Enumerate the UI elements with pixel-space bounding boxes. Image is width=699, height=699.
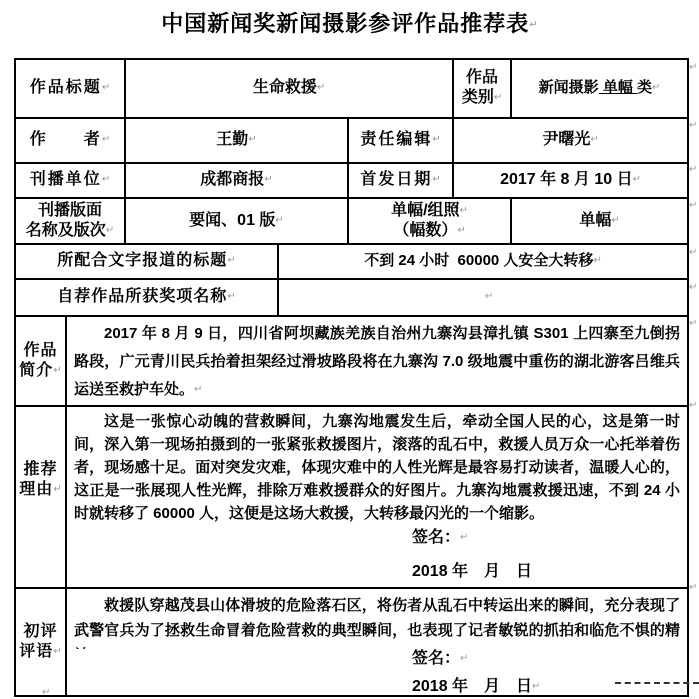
publish-date-label-cell: 首发日期↵ (348, 163, 453, 198)
paragraph-mark: ↵ (432, 174, 440, 185)
story-title-label-cell: 所配合文字报道的标题↵ (15, 244, 278, 279)
paragraph-mark: ↵ (432, 134, 440, 145)
author-value-cell: 王勤↵ (125, 118, 348, 163)
page-info-value-cell: 要闻、01 版↵ (125, 198, 348, 244)
row-reason: 推荐 理由↵ 这是一张惊心动魄的营救瞬间，九寨沟地震发生后，牵动全国人民的心，这… (15, 406, 688, 588)
author-label: 作 者 (30, 132, 102, 149)
paragraph-mark: ↵ (53, 365, 61, 376)
row-publisher: 刊播单位↵ 成都商报↵ 首发日期↵ 2017 年 8 月 10 日↵ (15, 163, 688, 198)
paragraph-mark: ↵ (652, 83, 660, 94)
paragraph-mark: ↵ (102, 82, 110, 93)
row-end-mark: ↵ (689, 247, 697, 258)
paragraph-mark: ↵ (532, 681, 540, 692)
review-content-cell: 救援队穿越茂县山体滑坡的危险落石区，将伤者从乱石中转运出来的瞬间，充分表现了武警… (66, 588, 688, 696)
review-text: 救援队穿越茂县山体滑坡的危险落石区，将伤者从乱石中转运出来的瞬间，充分表现了武警… (74, 597, 680, 649)
publish-date-label: 首发日期 (360, 172, 432, 189)
intro-label-line1: 作品 (18, 341, 63, 361)
page-info-label-cell: 刊播版面 名称及版次↵ (15, 198, 125, 244)
paragraph-mark: ↵ (317, 82, 325, 93)
editor-label-cell: 责任编辑↵ (348, 118, 453, 163)
story-title-label: 所配合文字报道的标题 (57, 253, 227, 270)
editor-value: 尹曙光 (542, 132, 590, 149)
page-title: 中国新闻奖新闻摄影参评作品推荐表↵ (0, 7, 699, 38)
publish-date-value: 2017 年 8 月 10 日 (500, 172, 633, 189)
intro-text: 2017 年 8 月 9 日，四川省阿坝藏族羌族自治州九寨沟县漳扎镇 S301 … (74, 325, 680, 398)
paragraph-mark: ↵ (53, 646, 61, 657)
page-info-label-line1: 刊播版面 (18, 201, 122, 221)
row-page-info: 刊播版面 名称及版次↵ 要闻、01 版↵ 单幅/组照↵ （幅数）↵ 单幅↵ (15, 198, 688, 244)
paragraph-mark: ↵ (494, 92, 502, 103)
award-value-cell: ↵ (278, 279, 688, 316)
review-label-cell: 初评 评语↵ (15, 588, 66, 696)
format-label-line2: （幅数） (393, 222, 457, 239)
publish-date-value-cell: 2017 年 8 月 10 日↵ (453, 163, 688, 198)
paragraph-mark: ↵ (460, 205, 468, 216)
row-end-mark: ↵ (689, 282, 697, 293)
intro-label-cell: 作品 简介↵ (15, 316, 66, 406)
publisher-label: 刊播单位 (30, 172, 102, 189)
story-title-value-cell: 不到 24 小时 60000 人安全大转移↵ (278, 244, 688, 279)
category-underlined-value: 单幅 (599, 79, 637, 96)
row-work-title: 作品标题↵ 生命救援↵ 作品 类别↵ 新闻摄影 单幅 类↵ (15, 59, 688, 118)
publisher-label-cell: 刊播单位↵ (15, 163, 125, 198)
category-label-line2: 类别 (462, 90, 494, 107)
paragraph-mark: ↵ (194, 384, 202, 395)
paragraph-mark: ↵ (102, 174, 110, 185)
paragraph-mark: ↵ (593, 256, 601, 267)
paragraph-mark: ↵ (590, 134, 598, 145)
signature-label: 签名： (412, 650, 460, 667)
reason-label-line1: 推荐 (18, 460, 63, 480)
page-info-label-line2: 名称及版次 (26, 222, 106, 239)
review-label-line2: 评语 (19, 643, 53, 660)
work-title-label: 作品标题 (30, 80, 102, 97)
format-value-cell: 单幅↵ (511, 198, 688, 244)
reason-content-cell: 这是一张惊心动魄的营救瞬间，九寨沟地震发生后，牵动全国人民的心，这是第一时间，深… (66, 406, 688, 588)
category-prefix: 新闻摄影 (539, 79, 599, 96)
paragraph-mark: ↵ (275, 215, 283, 226)
paragraph-mark: ↵ (264, 174, 272, 185)
award-label-cell: 自荐作品所获奖项名称↵ (15, 279, 278, 316)
recommendation-form-table: 作品标题↵ 生命救援↵ 作品 类别↵ 新闻摄影 单幅 类↵ 作 者↵ 王勤↵ 责… (14, 58, 689, 697)
page-break-dashes (615, 682, 699, 684)
category-label-cell: 作品 类别↵ (453, 59, 511, 118)
story-title-value: 不到 24 小时 60000 人安全大转移 (364, 252, 593, 269)
publisher-value: 成都商报 (200, 172, 264, 189)
signature-label: 签名： (412, 529, 460, 546)
review-signature-line: 签名：↵ (412, 649, 468, 669)
work-title-value-cell: 生命救援↵ (125, 59, 453, 118)
paragraph-mark: ↵ (611, 215, 619, 226)
category-label-line1: 作品 (456, 68, 508, 88)
paragraph-mark: ↵ (42, 687, 50, 698)
paragraph-mark: ↵ (53, 484, 61, 495)
author-value: 王勤 (216, 132, 248, 149)
row-intro: 作品 简介↵ 2017 年 8 月 9 日，四川省阿坝藏族羌族自治州九寨沟县漳扎… (15, 316, 688, 406)
format-value: 单幅 (579, 212, 611, 229)
category-value-cell: 新闻摄影 单幅 类↵ (511, 59, 688, 118)
paragraph-mark: ↵ (529, 20, 537, 31)
reason-label-line2: 理由 (19, 482, 53, 499)
paragraph-mark: ↵ (485, 291, 493, 302)
editor-label: 责任编辑 (360, 132, 432, 149)
row-end-mark: ↵ (689, 400, 697, 411)
page-info-value: 要闻、01 版 (189, 212, 275, 229)
review-label-line1: 初评 (18, 622, 63, 642)
paragraph-mark: ↵ (102, 134, 110, 145)
row-award: 自荐作品所获奖项名称↵ ↵ (15, 279, 688, 316)
editor-value-cell: 尹曙光↵ (453, 118, 688, 163)
paragraph-mark: ↵ (633, 174, 641, 185)
reason-text: 这是一张惊心动魄的营救瞬间，九寨沟地震发生后，牵动全国人民的心，这是第一时间，深… (74, 413, 680, 522)
document-page: 中国新闻奖新闻摄影参评作品推荐表↵ 作品标题↵ 生命救援↵ 作品 类别↵ 新闻摄… (0, 0, 699, 699)
row-review: 初评 评语↵ 救援队穿越茂县山体滑坡的危险落石区，将伤者从乱石中转运出来的瞬间，… (15, 588, 688, 696)
work-title-value: 生命救援 (253, 80, 317, 97)
reason-signature-line: 签名：↵ (412, 528, 468, 548)
paragraph-mark: ↵ (227, 291, 235, 302)
author-label-cell: 作 者↵ (15, 118, 125, 163)
reason-date-line: 2018 年 月 日 (412, 562, 532, 582)
row-end-mark: ↵ (689, 318, 697, 329)
row-end-mark: ↵ (689, 582, 697, 593)
page-title-text: 中国新闻奖新闻摄影参评作品推荐表 (161, 11, 529, 36)
reason-label-cell: 推荐 理由↵ (15, 406, 66, 588)
paragraph-mark: ↵ (457, 225, 465, 236)
category-suffix: 类 (637, 79, 652, 96)
publisher-value-cell: 成都商报↵ (125, 163, 348, 198)
row-end-mark: ↵ (689, 62, 697, 73)
paragraph-mark: ↵ (460, 532, 468, 543)
paragraph-mark: ↵ (227, 255, 235, 266)
intro-label-line2: 简介 (19, 362, 53, 379)
intro-text-cell: 2017 年 8 月 9 日，四川省阿坝藏族羌族自治州九寨沟县漳扎镇 S301 … (66, 316, 688, 406)
row-end-mark: ↵ (689, 200, 697, 211)
review-date-line: 2018 年 月 日↵ (412, 677, 540, 693)
format-label-cell: 单幅/组照↵ （幅数）↵ (348, 198, 511, 244)
format-label-line1: 单幅/组照 (391, 202, 459, 219)
date-blank-line: 2018 年 月 日 (412, 678, 532, 693)
row-end-mark: ↵ (689, 120, 697, 131)
date-blank-line: 2018 年 月 日 (412, 563, 532, 580)
paragraph-mark: ↵ (106, 225, 114, 236)
paragraph-mark: ↵ (248, 134, 256, 145)
paragraph-mark: ↵ (460, 653, 468, 664)
row-story-title: 所配合文字报道的标题↵ 不到 24 小时 60000 人安全大转移↵ (15, 244, 688, 279)
award-label: 自荐作品所获奖项名称 (57, 289, 227, 306)
row-author: 作 者↵ 王勤↵ 责任编辑↵ 尹曙光↵ (15, 118, 688, 163)
work-title-label-cell: 作品标题↵ (15, 59, 125, 118)
row-end-mark: ↵ (689, 164, 697, 175)
